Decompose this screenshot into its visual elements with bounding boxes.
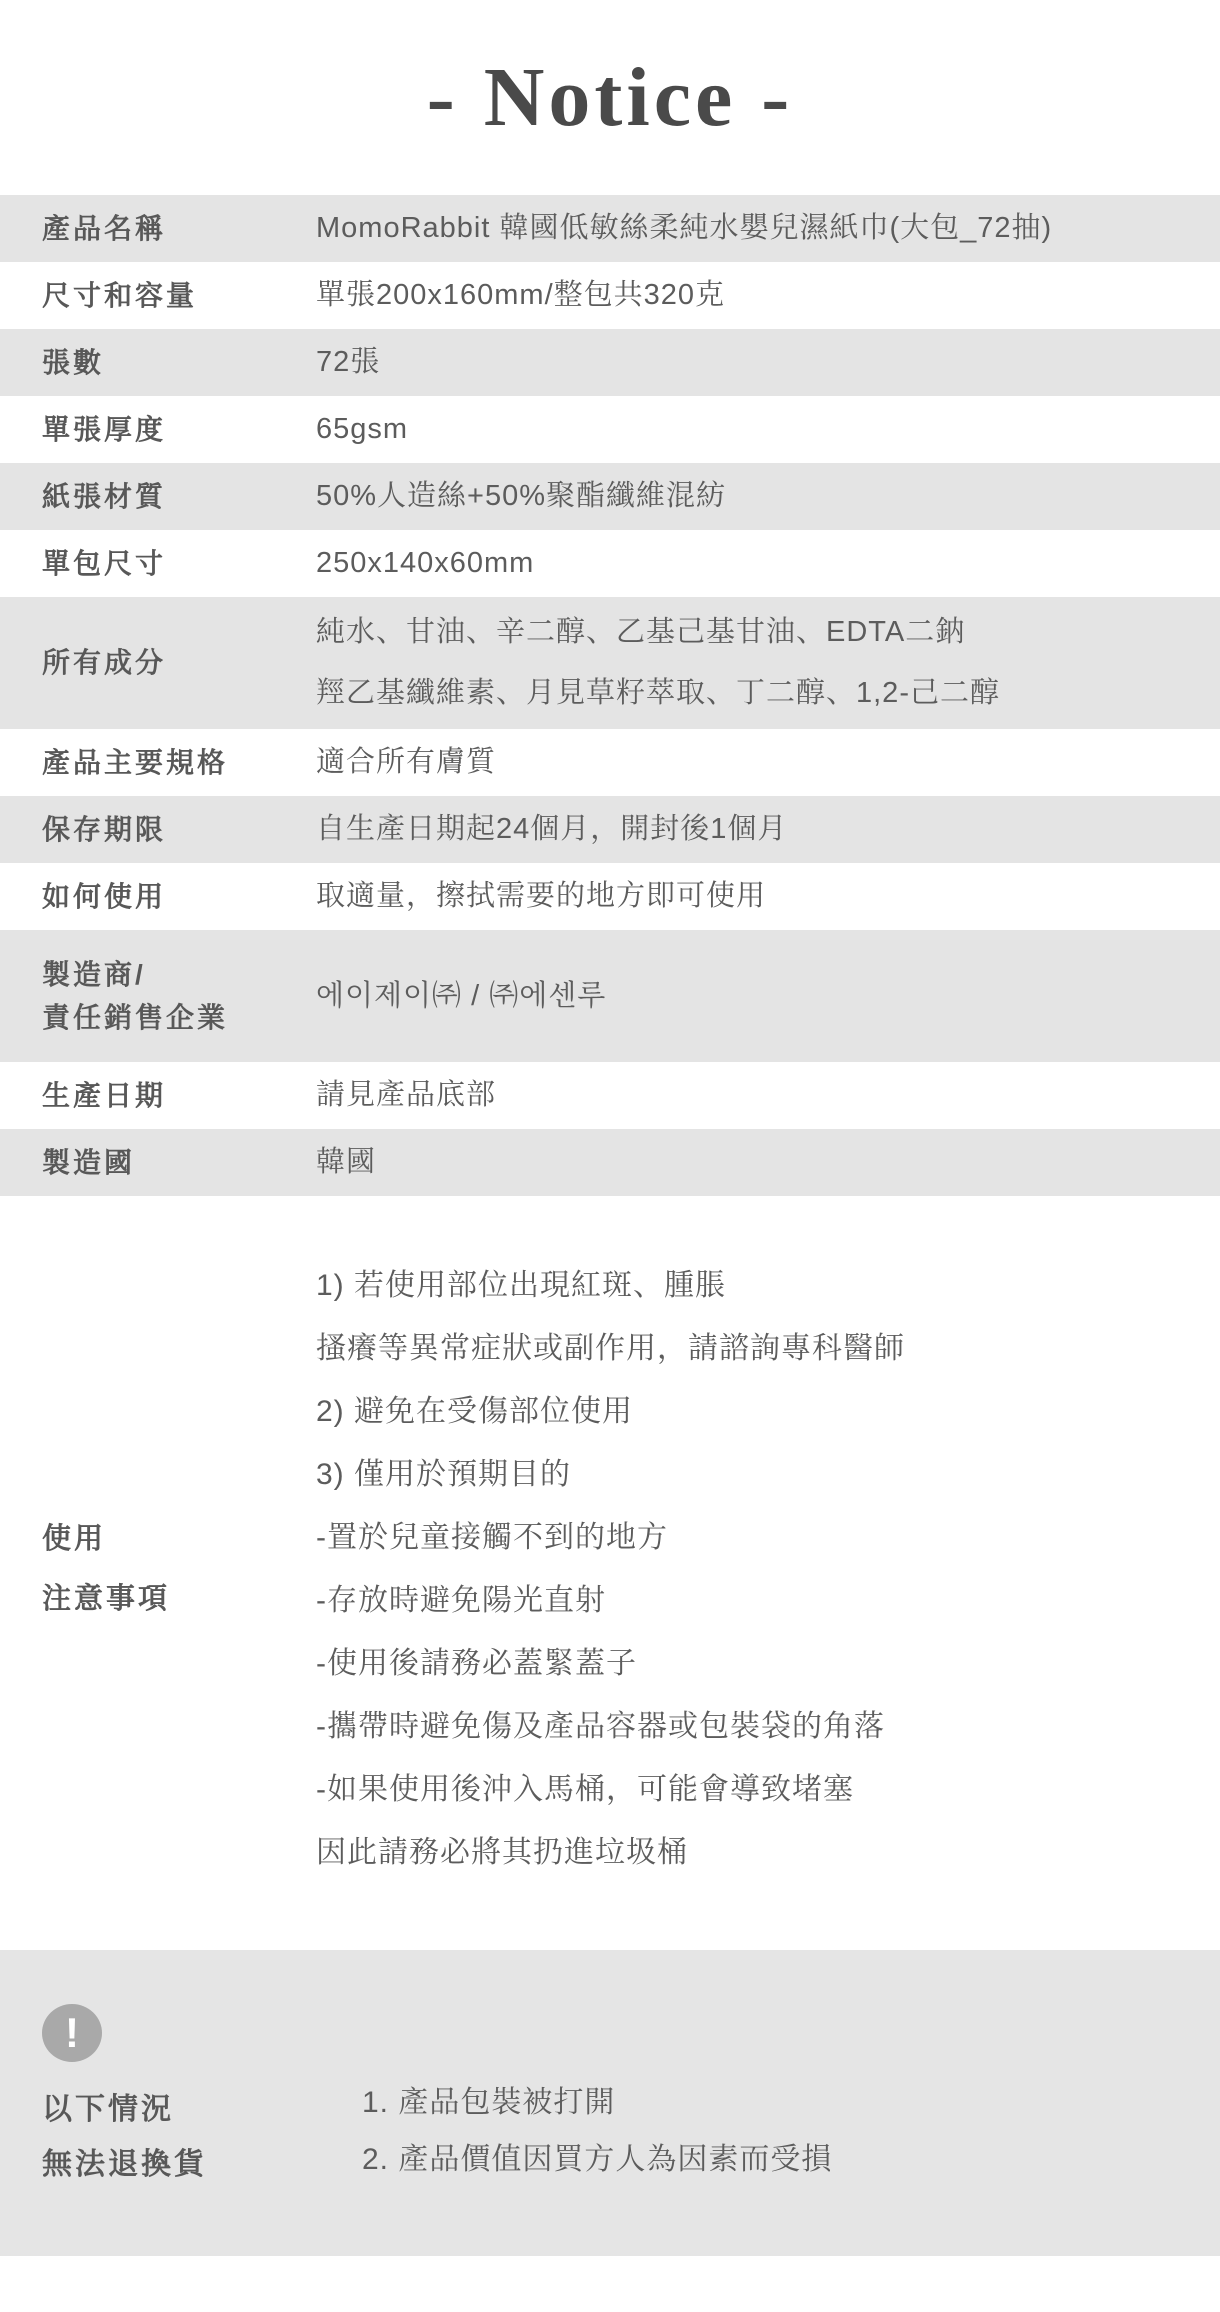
table-row: 生產日期 請見產品底部: [0, 1062, 1220, 1129]
exclamation-glyph: !: [65, 2009, 79, 2057]
row-value: 50%人造絲+50%聚酯纖維混紡: [316, 475, 1220, 517]
table-row: 紙張材質 50%人造絲+50%聚酯纖維混紡: [0, 463, 1220, 530]
row-label: 張數: [0, 341, 316, 384]
row-value: 請見產品底部: [316, 1074, 1220, 1116]
row-value: 純水、甘油、辛二醇、乙基己基甘油、EDTA二鈉 羥乙基纖維素、月見草籽萃取、丁二…: [316, 602, 1220, 724]
row-label: 如何使用: [0, 875, 316, 918]
return-policy-label-line: 無法退換貨: [42, 2137, 362, 2192]
row-label: 產品名稱: [0, 207, 316, 250]
usage-note-line: -置於兒童接觸不到的地方: [316, 1506, 1220, 1569]
return-policy-item: 2. 產品價值因買方人為因素而受損: [362, 2131, 1220, 2188]
row-value: MomoRabbit 韓國低敏絲柔純水嬰兒濕紙巾(大包_72抽): [316, 207, 1220, 249]
row-label: 產品主要規格: [0, 741, 316, 784]
row-value: 適合所有膚質: [316, 741, 1220, 783]
return-policy-label-line: 以下情況: [42, 2082, 362, 2137]
row-value: 韓國: [316, 1141, 1220, 1183]
return-policy-body: 以下情況 無法退換貨 1. 產品包裝被打開 2. 產品價值因買方人為因素而受損: [42, 2074, 1220, 2192]
row-value-line: 純水、甘油、辛二醇、乙基己基甘油、EDTA二鈉: [316, 602, 1204, 663]
row-label: 單包尺寸: [0, 542, 316, 585]
usage-note-line: -如果使用後沖入馬桶，可能會導致堵塞: [316, 1758, 1220, 1821]
usage-notes-section: 使用 注意事項 1) 若使用部位出現紅斑、腫脹 搔癢等異常症狀或副作用，請諮詢專…: [0, 1254, 1220, 1884]
row-label-line: 製造商/: [42, 953, 316, 996]
table-row: 製造國 韓國: [0, 1129, 1220, 1196]
table-row: 保存期限 自生產日期起24個月，開封後1個月: [0, 796, 1220, 863]
table-row: 單包尺寸 250x140x60mm: [0, 530, 1220, 597]
usage-notes-label-line: 注意事項: [42, 1569, 316, 1629]
row-label: 所有成分: [0, 641, 316, 684]
table-row-manufacturer: 製造商/ 責任銷售企業 에이제이㈜ / ㈜에센루: [0, 930, 1220, 1062]
row-label: 保存期限: [0, 808, 316, 851]
row-value: 65gsm: [316, 408, 1220, 450]
usage-notes-label: 使用 注意事項: [0, 1509, 316, 1629]
table-row: 產品名稱 MomoRabbit 韓國低敏絲柔純水嬰兒濕紙巾(大包_72抽): [0, 195, 1220, 262]
usage-note-line: -存放時避免陽光直射: [316, 1569, 1220, 1632]
row-value: 250x140x60mm: [316, 542, 1220, 584]
row-label: 紙張材質: [0, 475, 316, 518]
row-label: 製造國: [0, 1141, 316, 1184]
table-row: 產品主要規格 適合所有膚質: [0, 729, 1220, 796]
row-value-line: 羥乙基纖維素、月見草籽萃取、丁二醇、1,2-己二醇: [316, 663, 1204, 724]
usage-note-line: 3) 僅用於預期目的: [316, 1443, 1220, 1506]
table-row: 如何使用 取適量，擦拭需要的地方即可使用: [0, 863, 1220, 930]
table-row-ingredients: 所有成分 純水、甘油、辛二醇、乙基己基甘油、EDTA二鈉 羥乙基纖維素、月見草籽…: [0, 597, 1220, 729]
return-policy-items: 1. 產品包裝被打開 2. 產品價值因買方人為因素而受損: [362, 2074, 1220, 2192]
usage-note-line: -攜帶時避免傷及產品容器或包裝袋的角落: [316, 1695, 1220, 1758]
product-spec-table: 產品名稱 MomoRabbit 韓國低敏絲柔純水嬰兒濕紙巾(大包_72抽) 尺寸…: [0, 195, 1220, 1196]
return-policy-label: 以下情況 無法退換貨: [42, 2074, 362, 2192]
row-label: 生產日期: [0, 1074, 316, 1117]
usage-notes-label-line: 使用: [42, 1509, 316, 1569]
return-policy-item: 1. 產品包裝被打開: [362, 2074, 1220, 2131]
row-value: 單張200x160mm/整包共320克: [316, 274, 1220, 316]
usage-note-line: 2) 避免在受傷部位使用: [316, 1380, 1220, 1443]
row-value: 72張: [316, 341, 1220, 383]
row-label: 尺寸和容量: [0, 274, 316, 317]
return-policy-panel: ! 以下情況 無法退換貨 1. 產品包裝被打開 2. 產品價值因買方人為因素而受…: [0, 1950, 1220, 2256]
table-row: 尺寸和容量 單張200x160mm/整包共320克: [0, 262, 1220, 329]
row-value: 에이제이㈜ / ㈜에센루: [316, 975, 1220, 1017]
usage-notes-text: 1) 若使用部位出現紅斑、腫脹 搔癢等異常症狀或副作用，請諮詢專科醫師 2) 避…: [316, 1254, 1220, 1884]
row-label: 單張厚度: [0, 408, 316, 451]
usage-note-line: 因此請務必將其扔進垃圾桶: [316, 1821, 1220, 1884]
table-row: 張數 72張: [0, 329, 1220, 396]
notice-page: - Notice - 產品名稱 MomoRabbit 韓國低敏絲柔純水嬰兒濕紙巾…: [0, 0, 1220, 2312]
usage-note-line: 搔癢等異常症狀或副作用，請諮詢專科醫師: [316, 1317, 1220, 1380]
row-label-line: 責任銷售企業: [42, 996, 316, 1039]
row-value: 自生產日期起24個月，開封後1個月: [316, 808, 1220, 850]
table-row: 單張厚度 65gsm: [0, 396, 1220, 463]
usage-note-line: -使用後請務必蓋緊蓋子: [316, 1632, 1220, 1695]
page-title: - Notice -: [0, 0, 1220, 195]
usage-note-line: 1) 若使用部位出現紅斑、腫脹: [316, 1254, 1220, 1317]
row-value: 取適量，擦拭需要的地方即可使用: [316, 875, 1220, 917]
row-label: 製造商/ 責任銷售企業: [0, 953, 316, 1040]
exclamation-icon: !: [42, 2004, 102, 2062]
